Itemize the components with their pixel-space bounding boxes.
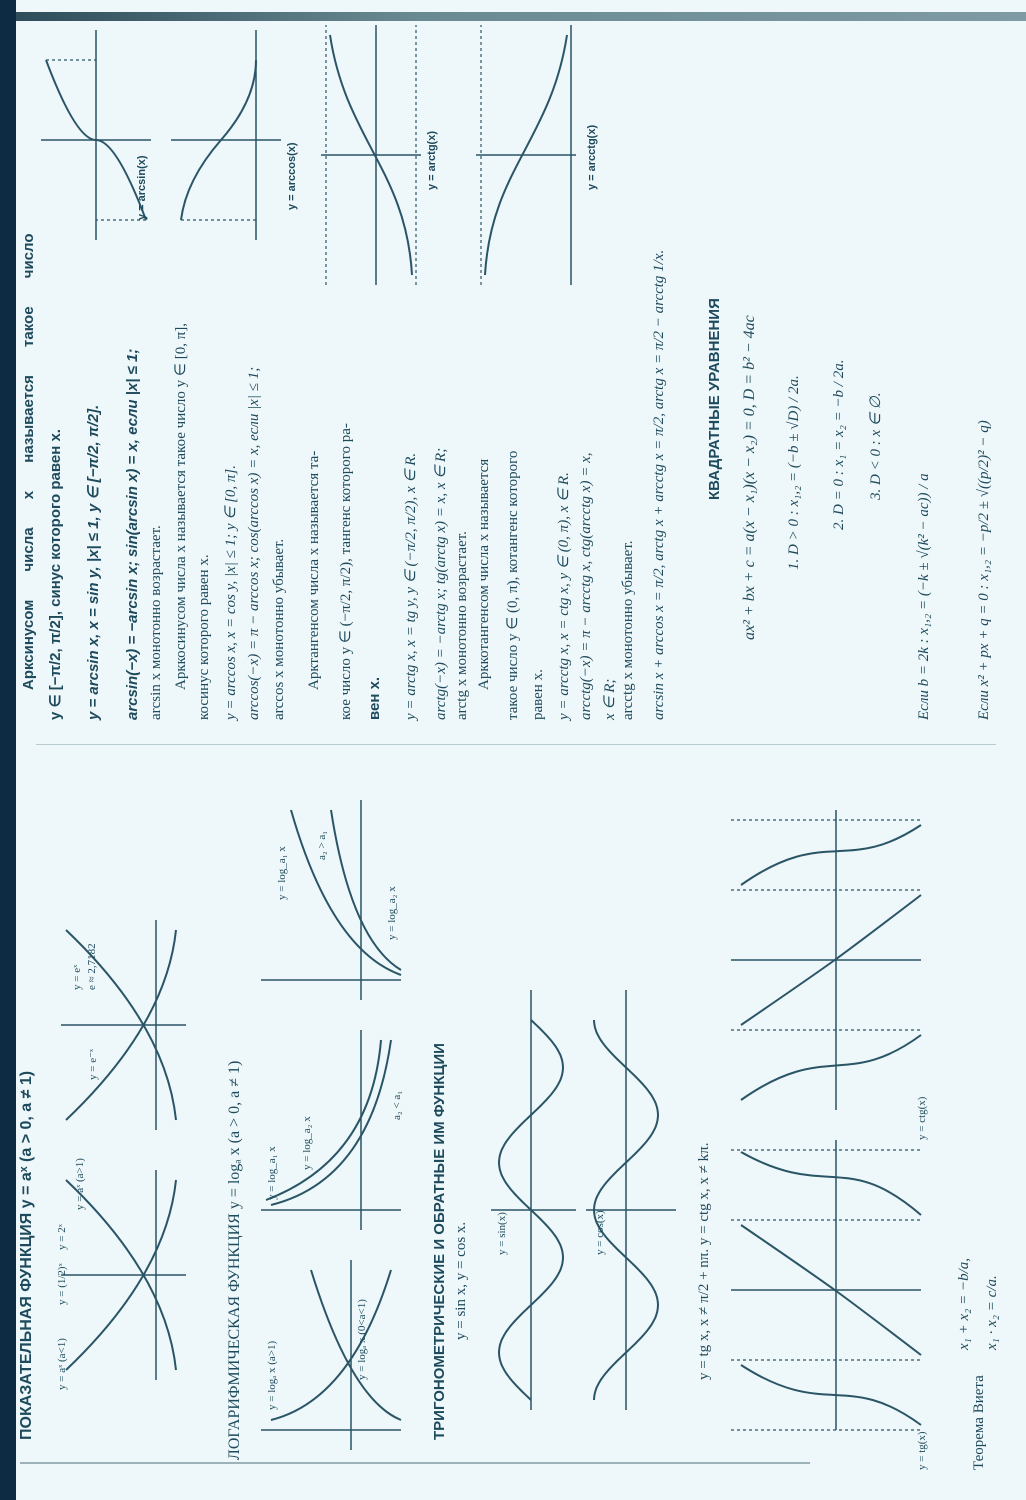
arcsin-formula-2: arcsin(−x) = −arcsin x; sin(arcsin x) = …	[124, 349, 141, 720]
arcctg-formula-2: arcctg(−x) = π − arcctg x, ctg(arcctg x)…	[578, 453, 595, 720]
log-label-2: y = logₐ x (0<a<1)	[356, 1299, 368, 1380]
arccos-formula-1: y = arccos x, x = cos y, |x| ≤ 1; y ∈ [0…	[221, 465, 240, 720]
quad-case-3: 3. D < 0 : x ∈ ∅.	[866, 393, 885, 501]
arcctg-formula-3: x ∈ R;	[600, 679, 619, 720]
exp-label-7: e ≈ 2,7182	[86, 943, 98, 990]
sin-cos-graphs	[486, 910, 686, 1410]
arctg-formula-1: y = arctg x, x = tg y, y ∈ (−π/2, π/2), …	[401, 453, 420, 720]
exp-label-6: y = eˣ	[71, 965, 83, 990]
exp-label-2: y = (1/2)ˣ	[56, 1263, 68, 1305]
arccos-formula-2: arccos(−x) = π − arccos x; cos(arccos x)…	[246, 367, 263, 720]
arccos-def-1: Арккосинусом числа x называется такое чи…	[171, 323, 190, 690]
scan-fold-line	[20, 1462, 810, 1464]
tg-ctg-line: y = tg x, x ≠ π/2 + nπ. y = ctg x, x ≠ k…	[696, 1143, 713, 1380]
log-label-4: y = log_a₂ x	[301, 1116, 313, 1170]
arcsin-def-2: y ∈ [−π/2, π/2], синус которого равен x.	[46, 429, 64, 720]
arcsin-def-1: Арксинусом числа x называется такое числ…	[20, 234, 37, 691]
arccos-graph	[166, 20, 286, 250]
scan-edge	[0, 0, 16, 1500]
log-title: ЛОГАРИФМИЧЕСКАЯ ФУНКЦИЯ y = logₐ x (a > …	[226, 1061, 244, 1460]
inverse-identities: arcsin x + arccos x = π/2, arctg x + arc…	[651, 250, 668, 720]
arcctg-formula-1: y = arcctg x, x = ctg x, y ∈ (0, π), x ∈…	[554, 472, 573, 720]
column-divider	[36, 744, 996, 745]
vieta-product: x₁ · x₂ = c/a.	[984, 1275, 1001, 1350]
exp-graphs	[46, 900, 196, 1400]
arctg-graph	[316, 20, 426, 290]
vieta-sum: x₁ + x₂ = −b/a,	[956, 1258, 973, 1350]
arcctg-def-2: такое число y ∈ (0, π), котангенс которо…	[503, 451, 522, 720]
arcsin-monotonic: arcsin x монотонно возрастает.	[148, 525, 165, 720]
arcctg-def-1: Арккотангенсом числа x называется	[476, 459, 493, 690]
arctg-formula-2: arctg(−x) = −arctg x; tg(arctg x) = x, x…	[431, 448, 450, 720]
quad-case-2: 2. D = 0 : x₁ = x₂ = −b / 2a.	[831, 360, 848, 530]
log-label-6: y = log_a₁ x	[276, 846, 288, 900]
exp-label-4: y = aˣ (a>1)	[74, 1158, 86, 1210]
quad-even-b: Если b = 2k : x₁,₂ = (−k ± √(k² − ac)) /…	[916, 473, 933, 720]
vieta-label: Теорема Виета	[971, 1375, 988, 1470]
sin-label: y = sin(x)	[496, 1212, 508, 1255]
arctg-def-3: вен x.	[366, 677, 383, 720]
arcctg-graph	[471, 20, 581, 290]
left-column: ПОКАЗАТЕЛЬНАЯ ФУНКЦИЯ y = aˣ (a > 0, a ≠…	[16, 760, 1026, 1500]
log-label-3: y = log_a₁ x	[266, 1146, 278, 1200]
log-label-7: y = log_a₂ x	[386, 886, 398, 940]
log-label-8: a₂ > a₁	[316, 831, 328, 860]
arcctg-def-3: равен x.	[530, 669, 547, 720]
arcctg-graph-label: y = arcctg(x)	[586, 125, 598, 190]
tg-ctg-graphs	[726, 800, 926, 1440]
arctg-monotonic: arctg x монотонно возрастает.	[454, 531, 471, 720]
quad-title: КВАДРАТНЫЕ УРАВНЕНИЯ	[706, 298, 723, 500]
tg-label: y = tg(x)	[916, 1431, 928, 1470]
trig-title: ТРИГОНОМЕТРИЧЕСКИЕ И ОБРАТНЫЕ ИМ ФУНКЦИИ	[431, 1043, 448, 1440]
arctg-def-1: Арктангенсом числа x называется та-	[306, 451, 323, 690]
quad-case-1: 1. D > 0 : x₁,₂ = (−b ± √D) / 2a.	[786, 375, 803, 570]
log-label-1: y = logₐ x (a>1)	[266, 1341, 278, 1410]
quad-reduced: Если x² + px + q = 0 : x₁,₂ = −p/2 ± √((…	[976, 420, 993, 720]
ctg-label: y = ctg(x)	[916, 1097, 928, 1140]
trig-subtitle: y = sin x, y = cos x.	[453, 1222, 470, 1340]
arccos-def-2: косинус которого равен x.	[196, 554, 213, 720]
arcsin-graph-label: y = arcsin(x)	[136, 155, 148, 220]
cos-label: y = cos(x)	[594, 1210, 606, 1255]
arctg-def-2: кое число y ∈ (−π/2, π/2), тангенс котор…	[336, 423, 355, 720]
arccos-monotonic: arccos x монотонно убывает.	[271, 539, 288, 720]
quad-main: ax² + bx + c = a(x − x₁)(x − x₂) = 0, D …	[741, 315, 759, 640]
arcsin-formula-1: y = arcsin x, x = sin y, |x| ≤ 1, y ∈ [−…	[84, 405, 102, 720]
arcctg-monotonic: arcctg x монотонно убывает.	[620, 540, 637, 720]
exp-label-1: y = aˣ (a<1)	[56, 1338, 68, 1390]
arccos-graph-label: y = arccos(x)	[286, 142, 298, 210]
arctg-graph-label: y = arctg(x)	[426, 131, 438, 190]
log-label-5: a₂ < a₁	[391, 1091, 403, 1120]
exp-label-3: y = 2ˣ	[56, 1224, 68, 1250]
rotated-page: ПОКАЗАТЕЛЬНАЯ ФУНКЦИЯ y = aˣ (a > 0, a ≠…	[16, 0, 1026, 1500]
exp-label-5: y = e⁻ˣ	[86, 1049, 99, 1080]
exp-title: ПОКАЗАТЕЛЬНАЯ ФУНКЦИЯ y = aˣ (a > 0, a ≠…	[18, 1071, 36, 1440]
right-column: Арксинусом числа x называется такое числ…	[16, 0, 1026, 730]
